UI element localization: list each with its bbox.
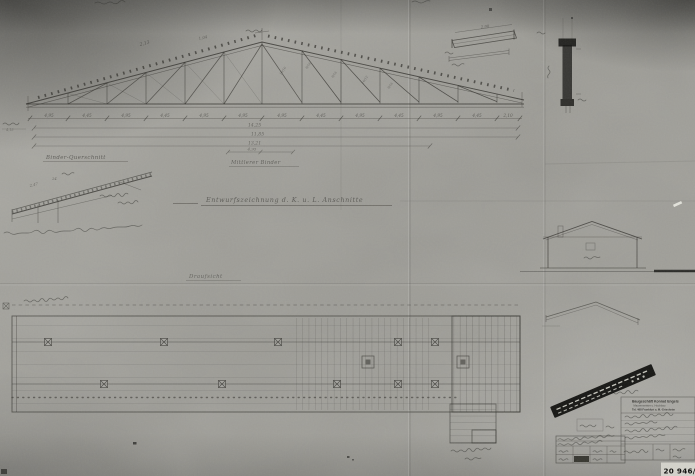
blueprint-drawing: 4,95 4,45 4,95 4,45 4,95 4,95 4,95 4,45 … [0, 0, 695, 476]
photo-grain [0, 0, 695, 476]
blueprint-photo: 4,95 4,45 4,95 4,45 4,95 4,95 4,95 4,45 … [0, 0, 695, 476]
